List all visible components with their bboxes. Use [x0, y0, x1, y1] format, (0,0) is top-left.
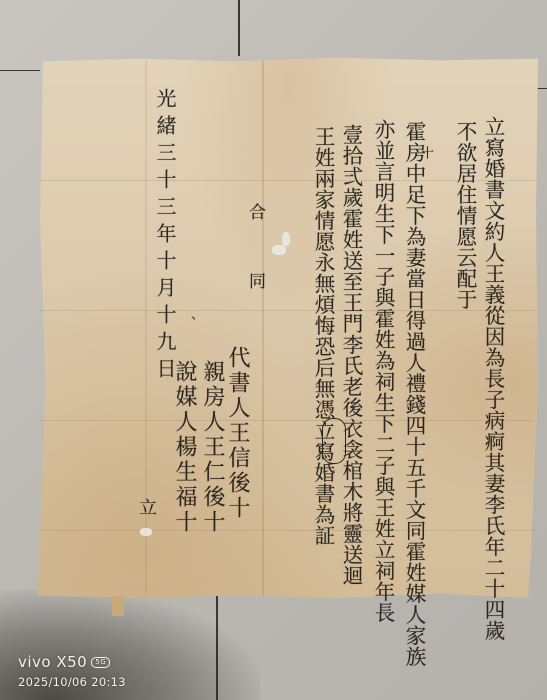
witness-role: 代書人 [225, 346, 250, 421]
witness-matchmaker: 說媒人楊生福十 [169, 360, 200, 535]
paper-damage-spot [272, 245, 286, 255]
camera-watermark-timestamp: 2025/10/06 20:13 [18, 675, 126, 689]
witness-role: 親房人 [200, 360, 225, 435]
witness-name: 王信 [225, 421, 250, 471]
5g-badge-icon: 5G [91, 657, 110, 668]
contract-line-5: 壹拾弍歲霍姓送至王門李氏老後衣衾棺木將靈送迴 [336, 124, 366, 586]
contract-line-3: 霍房中足下為妻當日得過人禮錢四十五千文同霍姓媒人家族 [399, 121, 429, 667]
fold-line [40, 530, 535, 531]
witness-sign: 十 [172, 510, 197, 535]
contract-line-4: 亦並言明生下一子與霍姓為祠生下二子與王姓立祠年長 [368, 119, 398, 623]
tile-seam-left-horizontal [0, 70, 40, 71]
paper-tab-scrap [112, 596, 124, 616]
contract-line-1: 立寫婚書文約人王義從因為長子病痾其妻李氏年二十四歲 [478, 116, 508, 641]
fold-line [40, 310, 535, 311]
contract-line-2: 不欲居住情愿云配于 [450, 121, 480, 310]
hetong-label: 合同 [243, 203, 268, 341]
bottom-mark: 立 [133, 498, 159, 519]
camera-watermark-model: vivo X505G [18, 653, 110, 671]
camera-model-text: vivo X50 [18, 653, 87, 671]
witness-name: 王仁 [200, 435, 225, 485]
witness-relative: 親房人王仁後十 [197, 360, 228, 535]
paper-damage-spot [282, 232, 290, 246]
witness-name: 楊生福 [172, 435, 197, 510]
paper-damage-spot [140, 528, 152, 536]
date-end-mark: 、 [178, 316, 197, 329]
inserted-correction-mark: 十 [416, 146, 435, 159]
witness-sign: 後十 [200, 485, 225, 535]
tile-seam-top-vertical [238, 0, 240, 56]
witness-sign: 後十 [225, 471, 250, 521]
contract-line-6: 王姓兩家情愿永無煩悔恐后無憑立寫婚書為証 [308, 126, 338, 546]
fold-line [40, 420, 535, 421]
contract-date: 光緒三十三年十月十九日 [151, 88, 180, 385]
